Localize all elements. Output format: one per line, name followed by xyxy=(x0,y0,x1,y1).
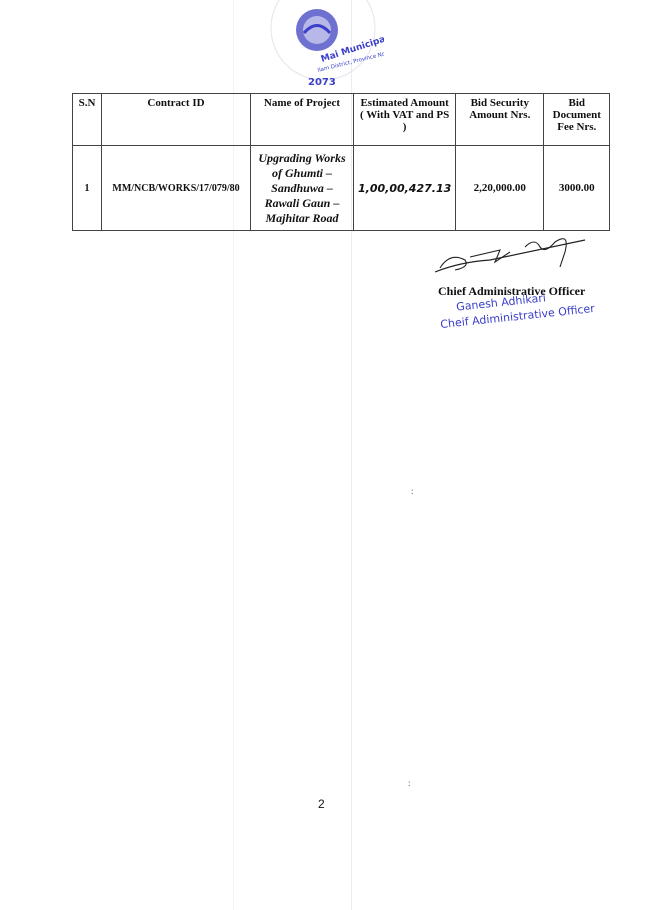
svg-text:2073: 2073 xyxy=(308,77,336,88)
tender-table: S.N Contract ID Name of Project Estimate… xyxy=(72,93,610,231)
cell-bid-security: 2,20,000.00 xyxy=(456,146,544,231)
cell-estimated-amount: 1,00,00,427.13 xyxy=(354,146,456,231)
scan-speck: : xyxy=(408,778,411,788)
table-header-row: S.N Contract ID Name of Project Estimate… xyxy=(73,94,610,146)
cell-project: Upgrading Works of Ghumti – Sandhuwa – R… xyxy=(251,146,354,231)
cell-sn: 1 xyxy=(73,146,102,231)
header-project: Name of Project xyxy=(251,94,354,146)
header-bid-security: Bid Security Amount Nrs. xyxy=(456,94,544,146)
header-sn: S.N xyxy=(73,94,102,146)
table-row: 1 MM/NCB/WORKS/17/079/80 Upgrading Works… xyxy=(73,146,610,231)
scan-speck: : xyxy=(411,486,414,496)
cell-bid-fee: 3000.00 xyxy=(544,146,610,231)
cell-contract-id: MM/NCB/WORKS/17/079/80 xyxy=(102,146,251,231)
page-number: 2 xyxy=(318,797,325,811)
signature xyxy=(430,232,590,282)
header-bid-fee: Bid Document Fee Nrs. xyxy=(544,94,610,146)
header-contract-id: Contract ID xyxy=(102,94,251,146)
header-estimated-amount: Estimated Amount ( With VAT and PS ) xyxy=(354,94,456,146)
municipality-stamp: Mai Municipality Ilam District, Province… xyxy=(262,0,384,90)
